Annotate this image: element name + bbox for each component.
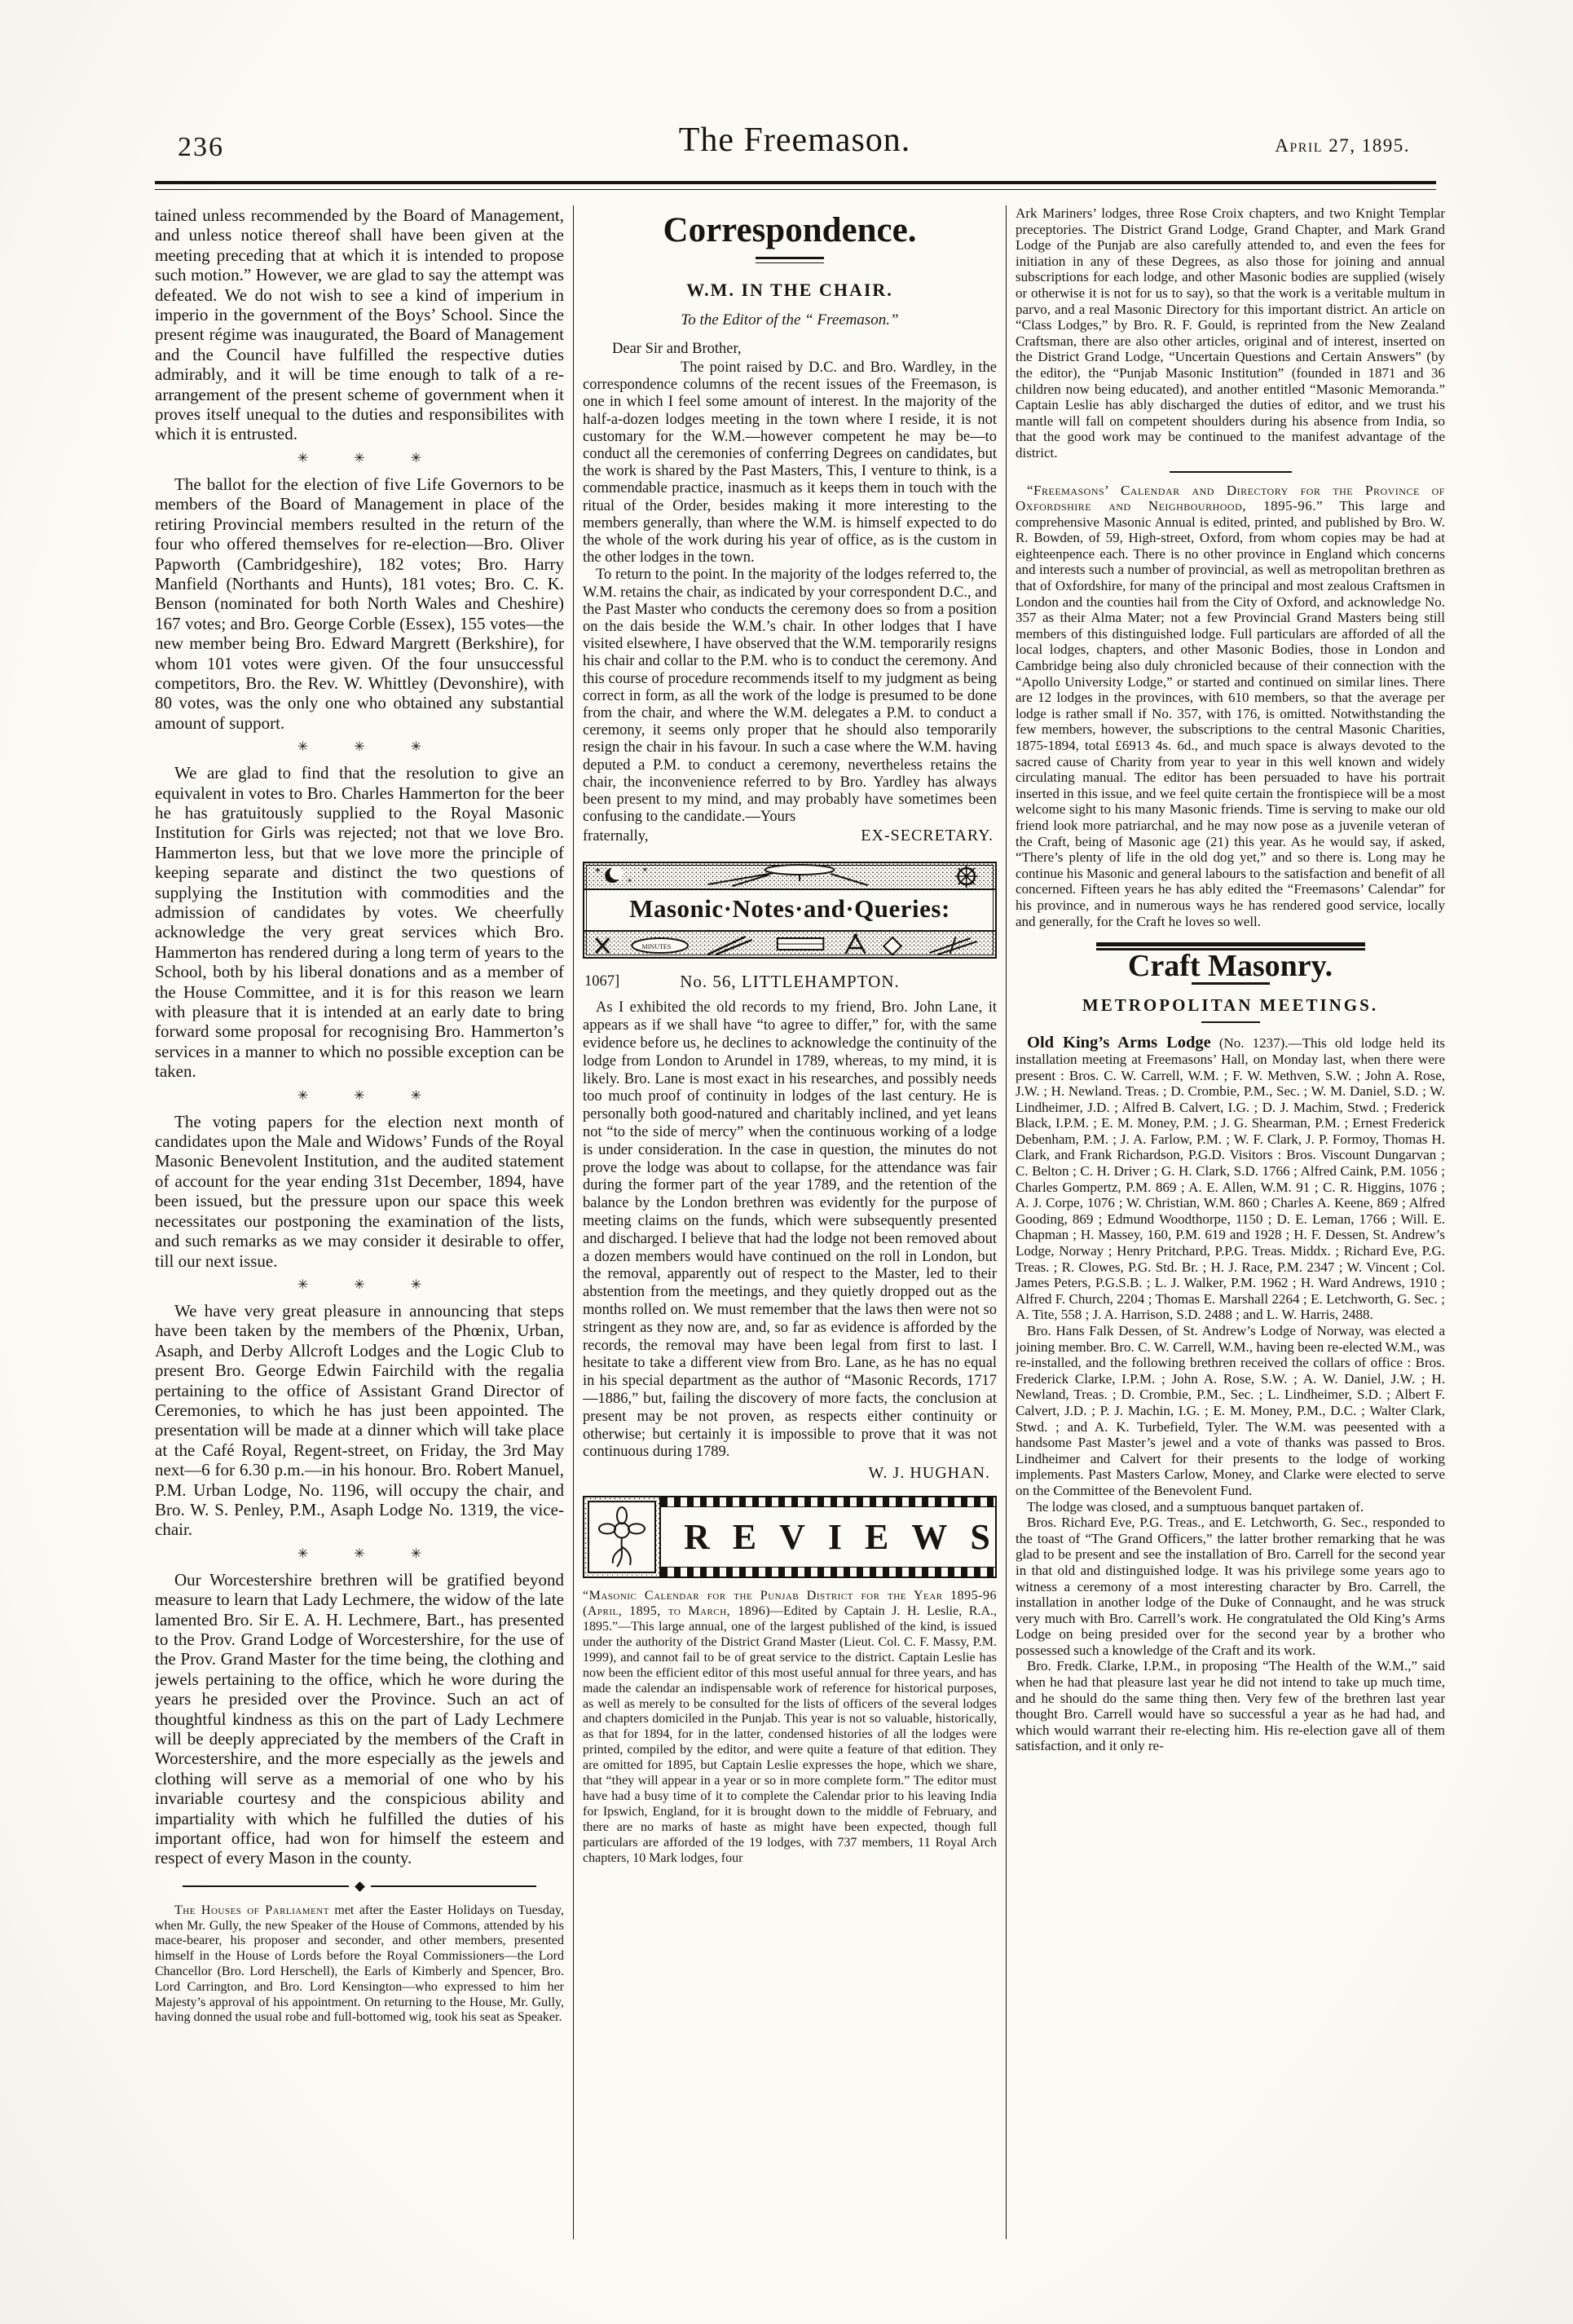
letter-signature: EX-SECRETARY. [861, 827, 994, 845]
metropolitan-meetings-subheading: METROPOLITAN MEETINGS. [1016, 998, 1445, 1014]
review-paragraph: “Masonic Calendar for the Punjab Distric… [583, 1589, 997, 1866]
banner-celestial-strip-icon: ✶ ✶ ✶ [584, 863, 995, 889]
column-rule [573, 205, 574, 2239]
star-divider: ✳ ✳ ✳ [155, 1548, 564, 1561]
leader-paragraph: The ballot for the election of five Life… [155, 474, 564, 733]
notes-paragraph: As I exhibited the old records to my fri… [583, 999, 997, 1462]
star-divider: ✳ ✳ ✳ [155, 1090, 564, 1103]
signature-line: fraternally, EX-SECRETARY. [583, 827, 994, 845]
heading-rule [756, 257, 824, 263]
svg-text:MINUTES: MINUTES [642, 944, 672, 951]
reviews-banner-title: REVIEWS [661, 1507, 997, 1567]
to-editor-line: To the Editor of the “ Freemason.” [583, 311, 997, 329]
query-caption: 1067] No. 56, LITTLEHAMPTON. [583, 972, 997, 992]
paragraph-lead: The Houses of Parliament [174, 1903, 329, 1917]
leader-paragraph: The voting papers for the election next … [155, 1112, 564, 1271]
section-rule [1170, 471, 1292, 473]
star-divider: ✳ ✳ ✳ [155, 741, 564, 754]
column-rule [1006, 205, 1007, 2239]
craft-masonry-heading: Craft Masonry. [1016, 959, 1445, 975]
column-correspondence: Correspondence. W.M. IN THE CHAIR. To th… [583, 205, 997, 2239]
checker-border [661, 1497, 997, 1507]
review-continuation-paragraph: Ark Mariners’ lodges, three Rose Croix c… [1016, 205, 1445, 461]
letter-title: W.M. IN THE CHAIR. [583, 280, 997, 301]
banner-title: Masonic·Notes·and·Queries: [584, 889, 995, 932]
leader-paragraph: Our Worcestershire brethren will be grat… [155, 1570, 564, 1868]
svg-text:✶: ✶ [642, 867, 649, 875]
star-divider: ✳ ✳ ✳ [155, 1279, 564, 1292]
header-rule [155, 181, 1436, 190]
masonic-notes-queries-banner: ✶ ✶ ✶ Masonic·Notes·and·Queries: MINUTES [583, 862, 997, 959]
letter-body: The point raised by D.C. and Bro. Wardle… [583, 359, 997, 826]
checker-border [661, 1567, 997, 1577]
lodge-report-paragraph: Bros. Richard Eve, P.G. Treas., and E. L… [1016, 1515, 1445, 1658]
lodge-report-paragraph: Old King’s Arms Lodge (No. 1237).—This o… [1016, 1035, 1445, 1323]
correspondence-heading: Correspondence. [583, 210, 997, 250]
query-title: No. 56, LITTLEHAMPTON. [680, 972, 900, 991]
parliament-paragraph: The Houses of Parliament met after the E… [155, 1903, 564, 2026]
lodge-report-paragraph: Bro. Hans Falk Dessen, of St. Andrew’s L… [1016, 1323, 1445, 1499]
svg-text:✶: ✶ [594, 867, 601, 876]
leader-paragraph: tained unless recommended by the Board o… [155, 205, 564, 444]
diamond-ornament-icon [355, 1881, 365, 1892]
lodge-report-paragraph: Bro. Fredk. Clarke, I.P.M., in proposing… [1016, 1658, 1445, 1754]
lodge-report-text: (No. 1237).—This old lodge held its inst… [1016, 1035, 1445, 1322]
star-divider: ✳ ✳ ✳ [155, 452, 564, 465]
review-text: This large and comprehensive Masonic Ann… [1016, 498, 1445, 928]
reviews-banner: REVIEWS [583, 1496, 997, 1578]
notes-signature: W. J. HUGHAN. [583, 1464, 990, 1483]
tailpiece-line [371, 1885, 537, 1887]
letter-paragraph: To return to the point. In the majority … [583, 567, 997, 826]
leader-paragraph: We are glad to find that the resolution … [155, 763, 564, 1082]
lodge-report-paragraph: The lodge was closed, and a sumptuous ba… [1016, 1499, 1445, 1515]
column-reviews-reports: Ark Mariners’ lodges, three Rose Croix c… [1016, 205, 1445, 2239]
review-text: —Edited by Captain J. H. Leslie, R.A., 1… [583, 1604, 997, 1865]
salutation: Dear Sir and Brother, [583, 341, 997, 358]
tailpiece-line [183, 1885, 349, 1887]
columns-container: tained unless recommended by the Board o… [155, 205, 1445, 2239]
lodge-name: Old King’s Arms Lodge [1027, 1034, 1211, 1052]
paragraph-text: met after the Easter Holidays on Tuesday… [155, 1903, 564, 2025]
closing-word: fraternally, [583, 828, 648, 845]
banner-tools-strip-icon: MINUTES [584, 932, 995, 957]
newspaper-page: 236 The Freemason. April 27, 1895. taine… [0, 0, 1573, 2324]
svg-text:✶: ✶ [627, 878, 632, 885]
review-paragraph: “Freemasons’ Calendar and Directory for … [1016, 483, 1445, 930]
query-number: 1067] [584, 973, 619, 990]
leader-paragraph: We have very great pleasure in announcin… [155, 1301, 564, 1540]
paper-title: The Freemason. [155, 121, 1434, 160]
banner-floral-panel-icon [584, 1497, 659, 1577]
tailpiece-divider [183, 1883, 536, 1890]
lodge-report: Old King’s Arms Lodge (No. 1237).—This o… [1016, 1035, 1445, 1754]
reviews-banner-center: REVIEWS [659, 1497, 997, 1577]
issue-date: April 27, 1895. [1275, 135, 1410, 157]
letter-paragraph: The point raised by D.C. and Bro. Wardle… [583, 359, 997, 567]
subheading-rule [1201, 1021, 1260, 1023]
column-leaders: tained unless recommended by the Board o… [155, 205, 564, 2239]
